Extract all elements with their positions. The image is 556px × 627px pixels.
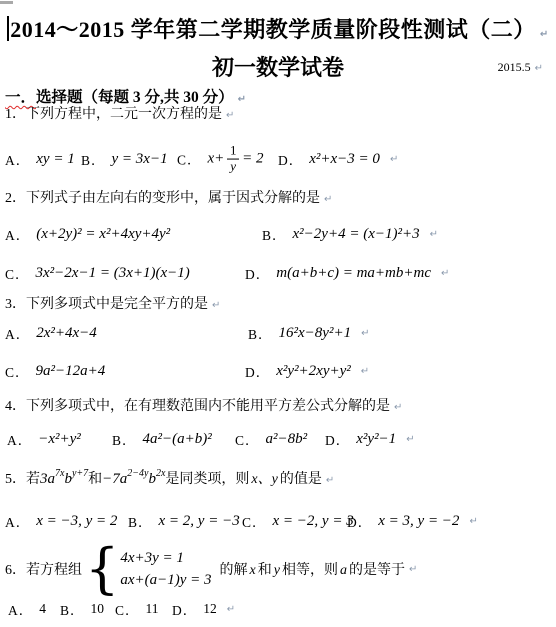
option-formula: (x+2y)² = x²+4xy+4y² bbox=[36, 226, 170, 243]
option-d: D．x = 3, y = −2↵ bbox=[347, 511, 478, 531]
question-1-stem: 1．下列方程中，二元一次方程的是↵ bbox=[5, 106, 234, 124]
question-text: 下列多项式中是完全平方的是 bbox=[26, 297, 208, 312]
question-text: 和 bbox=[258, 563, 272, 578]
exponent: y+7 bbox=[72, 468, 88, 479]
option-b: B．16²x−8y²+1↵ bbox=[248, 323, 369, 343]
option-formula: x = 3, y = −2 bbox=[378, 513, 459, 530]
option-label: B． bbox=[60, 599, 85, 619]
formula-part: b bbox=[148, 471, 156, 487]
option-c: C．11 bbox=[115, 599, 159, 619]
equation-system: 4x+3y = 1ax+(a−1)y = 3 bbox=[120, 550, 211, 589]
option-b: B．y = 3x−1 bbox=[81, 149, 168, 169]
option-formula: −x²+y² bbox=[38, 431, 81, 448]
question-text: 若方程组 bbox=[26, 559, 82, 579]
option-value: 4 bbox=[39, 601, 46, 617]
option-label: D． bbox=[245, 263, 270, 283]
paragraph-mark-icon: ↵ bbox=[226, 110, 234, 121]
paragraph-mark-icon: ↵ bbox=[361, 328, 369, 339]
paragraph-mark-icon: ↵ bbox=[326, 475, 334, 486]
question-text: 下列方程中，二元一次方程的是 bbox=[26, 107, 222, 122]
paragraph-mark-icon: ↵ bbox=[441, 268, 449, 279]
fraction: 1y bbox=[227, 144, 239, 175]
q3-options-row-2: C．9a²−12a+4 D．x²y²+2xy+y²↵ bbox=[0, 356, 556, 386]
q2-options-row-2: C．3x²−2x−1 = (3x+1)(x−1) D．m(a+b+c) = ma… bbox=[0, 258, 556, 288]
doc-subtitle-text: 初一数学试卷 bbox=[212, 55, 344, 80]
q6-options-row: A．4 B．10 C．11 D．12↵ bbox=[0, 598, 556, 620]
paragraph-mark-icon: ↵ bbox=[430, 229, 438, 240]
option-label: A． bbox=[5, 323, 30, 343]
option-formula: 3x²−2x−1 = (3x+1)(x−1) bbox=[36, 265, 190, 282]
paragraph-mark-icon: ↵ bbox=[469, 516, 477, 527]
option-c: C．x = −2, y = 3 bbox=[242, 511, 354, 531]
option-label: D． bbox=[172, 599, 197, 619]
document-page[interactable]: 2014～2015 学年第二学期教学质量阶段性测试（二）↵ 初一数学试卷 201… bbox=[0, 0, 556, 627]
doc-subtitle: 初一数学试卷 bbox=[0, 51, 556, 82]
question-text: 的是等于 bbox=[349, 563, 405, 578]
paragraph-mark-icon: ↵ bbox=[540, 29, 549, 40]
option-formula: xy = 1 bbox=[36, 151, 74, 168]
fraction-denominator: y bbox=[227, 159, 239, 175]
section-title: 选择题（每题 3 分,共 30 分） bbox=[36, 89, 234, 106]
question-number: 5． bbox=[5, 472, 26, 487]
option-formula: 2x²+4x−4 bbox=[36, 325, 97, 342]
option-d: D．x²y²+2xy+y²↵ bbox=[245, 361, 369, 381]
variable-x: x bbox=[250, 563, 256, 578]
option-label: A． bbox=[5, 224, 30, 244]
formula-part: x+ bbox=[208, 151, 225, 168]
paragraph-mark-icon: ↵ bbox=[227, 604, 235, 615]
q3-options-row-1: A．2x²+4x−4 B．16²x−8y²+1↵ bbox=[0, 318, 556, 348]
option-formula: x²+x−3 = 0 bbox=[309, 151, 380, 168]
variable-names: x、y bbox=[251, 472, 277, 487]
option-label: D． bbox=[325, 429, 350, 449]
option-d: D．x²+x−3 = 0↵ bbox=[278, 149, 398, 169]
q5-options-row: A．x = −3, y = 2 B．x = 2, y = −3 C．x = −2… bbox=[0, 508, 556, 534]
paragraph-mark-icon: ↵ bbox=[390, 154, 398, 165]
paragraph-mark-icon: ↵ bbox=[394, 402, 402, 413]
option-formula: x = −2, y = 3 bbox=[273, 513, 354, 530]
option-label: D． bbox=[278, 149, 303, 169]
option-formula: 16²x−8y²+1 bbox=[279, 325, 352, 342]
option-a: A．(x+2y)² = x²+4xy+4y² bbox=[5, 224, 170, 244]
option-formula: y = 3x−1 bbox=[112, 151, 168, 168]
question-text: 和 bbox=[88, 472, 102, 487]
fraction-numerator: 1 bbox=[228, 144, 239, 159]
option-formula: 9a²−12a+4 bbox=[36, 363, 106, 380]
question-text: 的值是 bbox=[280, 472, 322, 487]
section-number: 一． bbox=[5, 89, 36, 106]
paragraph-mark-icon: ↵ bbox=[212, 300, 220, 311]
option-formula: x+1y= 2 bbox=[208, 144, 264, 175]
option-formula: m(a+b+c) = ma+mb+mc bbox=[276, 265, 431, 282]
option-b: B．x²−2y+4 = (x−1)²+3↵ bbox=[262, 224, 438, 244]
option-c: C．a²−8b² bbox=[235, 429, 307, 449]
equation-2: ax+(a−1)y = 3 bbox=[120, 572, 211, 589]
option-formula: a²−8b² bbox=[266, 431, 308, 448]
option-label: C． bbox=[177, 149, 202, 169]
formula-part: b bbox=[64, 471, 72, 487]
option-formula: x²y²−1 bbox=[356, 431, 396, 448]
question-number: 6． bbox=[5, 559, 26, 579]
question-3-stem: 3．下列多项式中是完全平方的是↵ bbox=[5, 296, 220, 314]
exponent: 7x bbox=[55, 468, 64, 479]
option-formula: x²y²+2xy+y² bbox=[276, 363, 351, 380]
paragraph-mark-icon: ↵ bbox=[406, 434, 414, 445]
option-b: B．10 bbox=[60, 599, 104, 619]
paragraph-mark-icon: ↵ bbox=[238, 94, 246, 105]
option-label: D． bbox=[347, 511, 372, 531]
question-6-stem: 6．若方程组 { 4x+3y = 1ax+(a−1)y = 3 的解x和y相等，… bbox=[5, 540, 417, 598]
option-label: A． bbox=[8, 599, 33, 619]
option-a: A．2x²+4x−4 bbox=[5, 323, 97, 343]
option-d: D．12↵ bbox=[172, 599, 235, 619]
scrollbar-artifact bbox=[0, 1, 13, 4]
question-number: 4． bbox=[5, 399, 26, 414]
option-a: A．x = −3, y = 2 bbox=[5, 511, 117, 531]
option-label: A． bbox=[5, 511, 30, 531]
monomial-1: 3a7xby+7 bbox=[40, 471, 88, 487]
question-text: 若 bbox=[26, 472, 40, 487]
option-label: C． bbox=[5, 361, 30, 381]
option-c: C．9a²−12a+4 bbox=[5, 361, 105, 381]
variable-y: y bbox=[274, 563, 280, 578]
question-number: 1． bbox=[5, 107, 26, 122]
option-label: B． bbox=[81, 149, 106, 169]
option-label: B． bbox=[248, 323, 273, 343]
option-d: D．x²y²−1↵ bbox=[325, 429, 415, 449]
option-value: 10 bbox=[91, 601, 105, 617]
doc-title-line: 2014～2015 学年第二学期教学质量阶段性测试（二）↵ bbox=[0, 13, 556, 44]
formula-part: 3a bbox=[40, 471, 55, 487]
q1-options-row: A．xy = 1 B．y = 3x−1 C．x+1y= 2 D．x²+x−3 =… bbox=[0, 136, 556, 182]
option-formula: x²−2y+4 = (x−1)²+3 bbox=[293, 226, 420, 243]
option-b: B．x = 2, y = −3 bbox=[128, 511, 240, 531]
question-5-stem: 5．若3a7xby+7和−7a2−4yb2x是同类项，则x、y的值是↵ bbox=[5, 468, 334, 490]
question-text: 是同类项，则 bbox=[165, 472, 249, 487]
doc-title: 2014～2015 学年第二学期教学质量阶段性测试（二） bbox=[10, 17, 536, 42]
question-number: 3． bbox=[5, 297, 26, 312]
text-cursor-icon bbox=[7, 16, 9, 41]
question-text-after-system: 的解x和y相等，则a的是等于 bbox=[220, 559, 405, 579]
question-4-stem: 4．下列多项式中，在有理数范围内不能用平方差公式分解的是↵ bbox=[5, 398, 402, 416]
equation-1: 4x+3y = 1 bbox=[120, 550, 211, 567]
formula-part: = 2 bbox=[242, 151, 263, 168]
exponent: 2−4y bbox=[127, 468, 148, 479]
option-c: C．x+1y= 2 bbox=[177, 144, 263, 175]
option-b: B．4a²−(a+b)² bbox=[112, 429, 212, 449]
question-text: 下列式子由左向右的变形中，属于因式分解的是 bbox=[26, 191, 320, 206]
option-label: D． bbox=[245, 361, 270, 381]
doc-date-text: 2015.5 bbox=[498, 60, 531, 74]
option-label: B． bbox=[262, 224, 287, 244]
monomial-2: −7a2−4yb2x bbox=[102, 471, 165, 487]
exponent: 2x bbox=[156, 468, 165, 479]
option-label: C． bbox=[115, 599, 140, 619]
question-number: 2． bbox=[5, 191, 26, 206]
option-label: B． bbox=[128, 511, 153, 531]
section-heading: 一．选择题（每题 3 分,共 30 分）↵ bbox=[5, 85, 246, 107]
question-text: 下列多项式中，在有理数范围内不能用平方差公式分解的是 bbox=[26, 399, 390, 414]
option-label: A． bbox=[5, 149, 30, 169]
option-label: A． bbox=[7, 429, 32, 449]
option-value: 11 bbox=[146, 601, 159, 617]
option-formula: x = 2, y = −3 bbox=[159, 513, 240, 530]
option-value: 12 bbox=[203, 601, 217, 617]
option-formula: 4a²−(a+b)² bbox=[143, 431, 212, 448]
option-formula: x = −3, y = 2 bbox=[36, 513, 117, 530]
paragraph-mark-icon: ↵ bbox=[535, 63, 543, 74]
option-label: C． bbox=[5, 263, 30, 283]
q4-options-row: A．−x²+y² B．4a²−(a+b)² C．a²−8b² D．x²y²−1↵ bbox=[0, 424, 556, 454]
option-label: C． bbox=[235, 429, 260, 449]
question-text: 的解 bbox=[220, 563, 248, 578]
question-text: 相等，则 bbox=[282, 563, 338, 578]
option-a: A．−x²+y² bbox=[7, 429, 81, 449]
option-a: A．xy = 1 bbox=[5, 149, 75, 169]
paragraph-mark-icon: ↵ bbox=[324, 194, 332, 205]
paragraph-mark-icon: ↵ bbox=[361, 366, 369, 377]
option-a: A．4 bbox=[8, 599, 46, 619]
option-label: C． bbox=[242, 511, 267, 531]
paragraph-mark-icon: ↵ bbox=[409, 564, 417, 575]
question-2-stem: 2．下列式子由左向右的变形中，属于因式分解的是↵ bbox=[5, 190, 332, 208]
option-label: B． bbox=[112, 429, 137, 449]
option-d: D．m(a+b+c) = ma+mb+mc↵ bbox=[245, 263, 449, 283]
variable-a: a bbox=[340, 563, 347, 578]
q2-options-row-1: A．(x+2y)² = x²+4xy+4y² B．x²−2y+4 = (x−1)… bbox=[0, 220, 556, 248]
option-c: C．3x²−2x−1 = (3x+1)(x−1) bbox=[5, 263, 190, 283]
doc-date: 2015.5↵ bbox=[498, 60, 543, 75]
system-brace-icon: { bbox=[85, 545, 119, 594]
formula-part: −7a bbox=[102, 471, 127, 487]
